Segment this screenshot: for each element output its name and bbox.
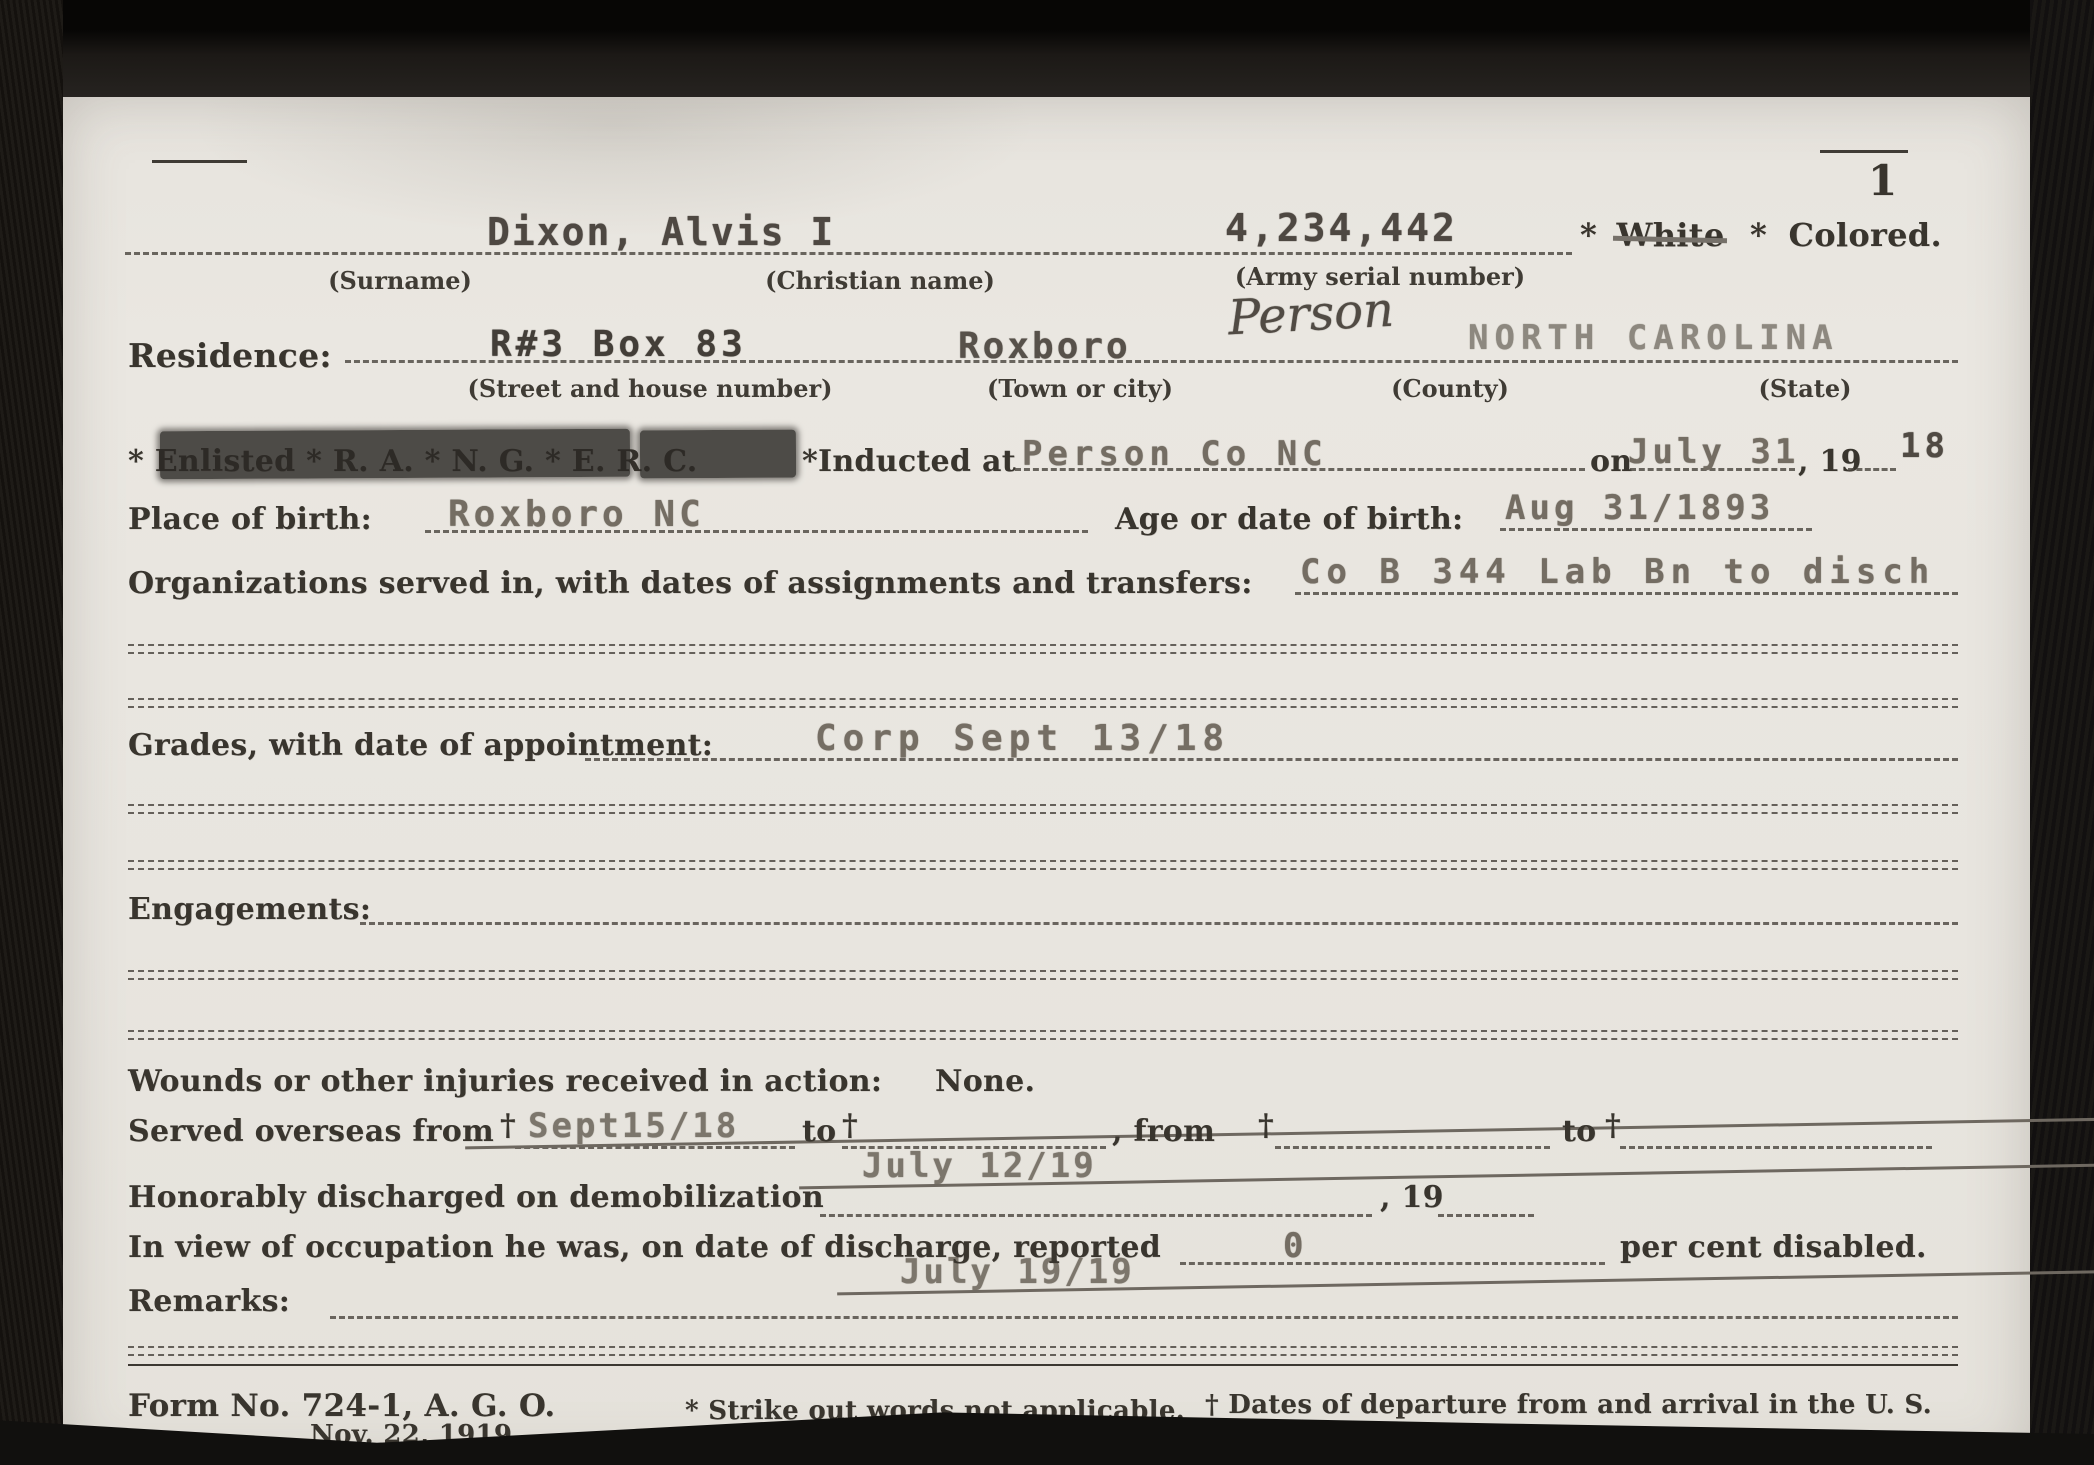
state-label: (State) [1758,374,1851,403]
blank-line [128,698,1958,708]
dagger-mark: † [842,1108,858,1143]
overseas-from2-label: , from [1112,1114,1215,1149]
name-fill-line [125,252,1572,255]
christian-name-label: (Christian name) [765,266,995,295]
grades-value: Corp Sept 13/18 [815,718,1230,759]
discharge-label: Honorably discharged on demobilization [128,1180,824,1215]
disability-label: In view of occupation he was, on date of… [128,1230,1161,1265]
town-label: (Town or city) [987,374,1173,403]
race-colored-option: Colored. [1788,216,1941,254]
blank-line [128,860,1958,870]
discharge-year-label: , 19 [1380,1180,1444,1215]
overseas-to-value: July 12/19 [862,1146,2094,1186]
organizations-value: Co B 344 Lab Bn to disch [1300,552,1935,592]
overseas-to-label: to [802,1114,836,1149]
blank-line [128,1346,1958,1356]
page-number-overline [1820,150,1908,153]
organizations-fill-line [1295,592,1958,595]
inducted-place-value: Person Co NC [1022,434,1328,474]
overseas-to2-label: to [1562,1114,1596,1149]
surname-value: Dixon, Alvis I [487,210,835,254]
residence-state-value: NORTH CAROLINA [1468,318,1839,358]
age-value: Aug 31/1893 [1505,488,1774,528]
redaction-mark-2 [640,430,796,479]
race-options: * White * Colored. [1580,216,1942,254]
inducted-at-label: *Inducted at [802,444,1016,479]
induction-year-fill-line [1848,468,1896,471]
disability-value: 0 [1283,1226,1307,1266]
dagger-mark: † [500,1108,516,1143]
surname-label: (Surname) [328,266,472,295]
overseas-from2-fill-line [1275,1146,1550,1149]
disability-suffix: per cent disabled. [1620,1230,1927,1265]
street-label: (Street and house number) [468,374,833,403]
serial-value: 4,234,442 [1225,206,1458,250]
remarks-label: Remarks: [128,1284,290,1319]
engagements-label: Engagements: [128,892,371,927]
birth-place-value: Roxboro NC [448,494,705,535]
blank-line [128,644,1958,654]
dagger-mark: † [1258,1108,1274,1143]
grades-fill-line [585,758,1958,761]
wounds-label: Wounds or other injuries received in act… [128,1064,882,1099]
county-label: (County) [1391,374,1509,403]
induction-date-value: July 31 [1628,432,1799,472]
dagger-mark: † [1605,1108,1621,1143]
residence-street-value: R#3 Box 83 [490,324,747,365]
blank-line [128,804,1958,814]
on-label: on [1590,444,1632,479]
footer-divider [128,1364,1958,1366]
remarks-fill-line [330,1316,1958,1319]
scanned-service-record: { "page_number": "1", "name_line": { "su… [0,0,2094,1465]
induction-year-label: , 19 [1798,444,1862,479]
age-fill-line [1500,528,1812,531]
engagements-fill-line [360,922,1958,925]
discharge-year-fill-line [1438,1214,1534,1217]
overseas-label: Served overseas from [128,1114,494,1149]
discharge-date-fill-line [820,1214,1372,1217]
residence-label: Residence: [128,336,332,375]
page-number: 1 [1868,156,1898,205]
wounds-value: None. [935,1064,1035,1099]
age-label: Age or date of birth: [1115,502,1463,537]
overseas-to2-fill-line [1620,1146,1932,1149]
disability-fill-line [1180,1262,1605,1265]
redaction-mark-1 [160,429,630,479]
race-white-option: White [1617,216,1725,254]
race-star-2: * [1750,216,1767,254]
residence-county-value: Person [1227,282,1396,347]
place-of-birth-label: Place of birth: [128,502,372,537]
blank-line [128,1030,1958,1040]
residence-town-value: Roxboro [958,326,1131,367]
induction-year-value: 18 [1900,426,1949,466]
departure-dates-note: † Dates of departure from and arrival in… [1205,1390,1932,1420]
blank-line [128,970,1958,980]
top-left-mark [152,160,247,163]
race-star-1: * [1580,216,1597,254]
form-number: Form No. 724-1, A. G. O. [128,1388,555,1424]
overseas-from-value: Sept15/18 [528,1106,2094,1146]
organizations-label: Organizations served in, with dates of a… [128,566,1253,601]
